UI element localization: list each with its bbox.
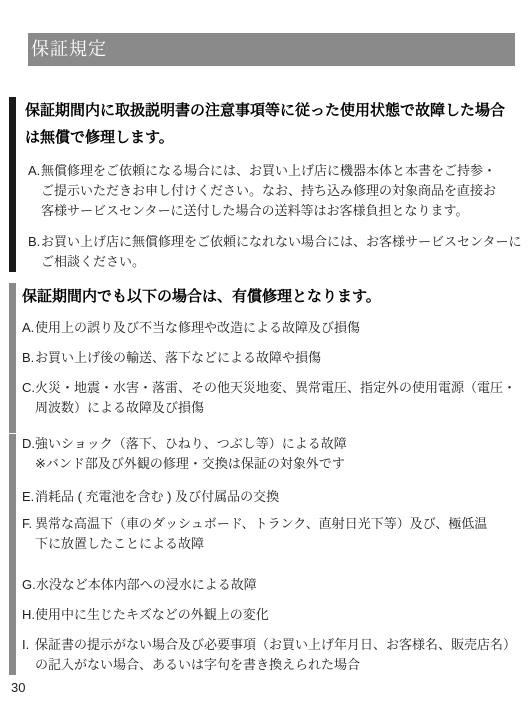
item-text: 水没など本体内部への浸水による故障 [36, 575, 257, 595]
paid-repair-item-i: I. 保証書の提示がない場合及び必要事項（お買い上げ年月日、お客様名、販売店名）… [22, 635, 519, 675]
item-text: 使用上の誤り及び不当な修理や改造による故障及び損傷 [35, 318, 360, 338]
item-label: C. [22, 378, 35, 418]
item-label: A. [22, 318, 35, 338]
free-repair-item-b: B. お買い上げ店に無償修理をご依頼になれない場合には、お客様サービスセンターに… [28, 232, 519, 272]
paid-repair-item-h: H. 使用中に生じたキズなどの外観上の変化 [22, 605, 519, 625]
paid-repair-item-b: B. お買い上げ後の輸送、落下などによる故障や損傷 [22, 348, 519, 368]
paid-repair-item-a: A. 使用上の誤り及び不当な修理や改造による故障及び損傷 [22, 318, 519, 338]
manual-page: 保証規定 保証期間内に取扱説明書の注意事項等に従った使用状態で故障した場合 は無… [0, 0, 531, 709]
paid-repair-item-g: G. 水没など本体内部への浸水による故障 [22, 575, 519, 595]
paid-repair-heading: 保証期間内でも以下の場合は、有償修理となります。 [22, 283, 519, 310]
item-label: I. [22, 635, 35, 675]
item-text: お買い上げ店に無償修理をご依頼になれない場合には、お客様サービスセンターに ご相… [41, 232, 521, 272]
free-repair-item-a: A. 無償修理をご依頼になる場合には、お買い上げ店に機器本体と本書をご持参・ ご… [28, 161, 519, 221]
item-text: 異常な高温下（車のダッシュボード、トランク、直射日光下等）及び、極低温 下に放置… [35, 514, 487, 554]
item-label: A. [28, 161, 41, 221]
item-label: G. [22, 575, 36, 595]
page-header-bar: 保証規定 [28, 33, 515, 66]
free-repair-section: 保証期間内に取扱説明書の注意事項等に従った使用状態で故障した場合 は無償で修理し… [9, 97, 519, 272]
paid-repair-item-d: D. 強いショック（落下、ひねり、つぶし等）による故障 ※バンド部及び外観の修理… [22, 434, 519, 474]
item-text: 使用中に生じたキズなどの外観上の変化 [35, 605, 269, 625]
page-number: 30 [11, 680, 25, 695]
item-label: B. [22, 348, 35, 368]
item-label: F. [22, 514, 35, 554]
item-text: 火災・地震・水害・落雷、その他天災地変、異常電圧、指定外の使用電源（電圧・ 周波… [35, 378, 516, 418]
item-label: D. [22, 434, 35, 474]
item-label: E. [22, 487, 35, 507]
item-text: 無償修理をご依頼になる場合には、お買い上げ店に機器本体と本書をご持参・ ご提示い… [41, 161, 496, 221]
page-title: 保証規定 [28, 33, 515, 66]
paid-repair-item-f: F. 異常な高温下（車のダッシュボード、トランク、直射日光下等）及び、極低温 下… [22, 514, 519, 554]
paid-repair-section-part2: D. 強いショック（落下、ひねり、つぶし等）による故障 ※バンド部及び外観の修理… [9, 434, 519, 675]
paid-repair-section-part1: 保証期間内でも以下の場合は、有償修理となります。 A. 使用上の誤り及び不当な修… [9, 283, 519, 433]
free-repair-heading: 保証期間内に取扱説明書の注意事項等に従った使用状態で故障した場合 は無償で修理し… [25, 97, 519, 151]
item-label: B. [28, 232, 41, 272]
paid-repair-item-c: C. 火災・地震・水害・落雷、その他天災地変、異常電圧、指定外の使用電源（電圧・… [22, 378, 519, 418]
paid-repair-item-e: E. 消耗品 ( 充電池を含む ) 及び付属品の交換 [22, 487, 519, 507]
item-text: 保証書の提示がない場合及び必要事項（お買い上げ年月日、お客様名、販売店名） の記… [35, 635, 516, 675]
item-label: H. [22, 605, 35, 625]
item-text: お買い上げ後の輸送、落下などによる故障や損傷 [35, 348, 321, 368]
item-text: 強いショック（落下、ひねり、つぶし等）による故障 ※バンド部及び外観の修理・交換… [35, 434, 347, 474]
item-text: 消耗品 ( 充電池を含む ) 及び付属品の交換 [35, 487, 279, 507]
